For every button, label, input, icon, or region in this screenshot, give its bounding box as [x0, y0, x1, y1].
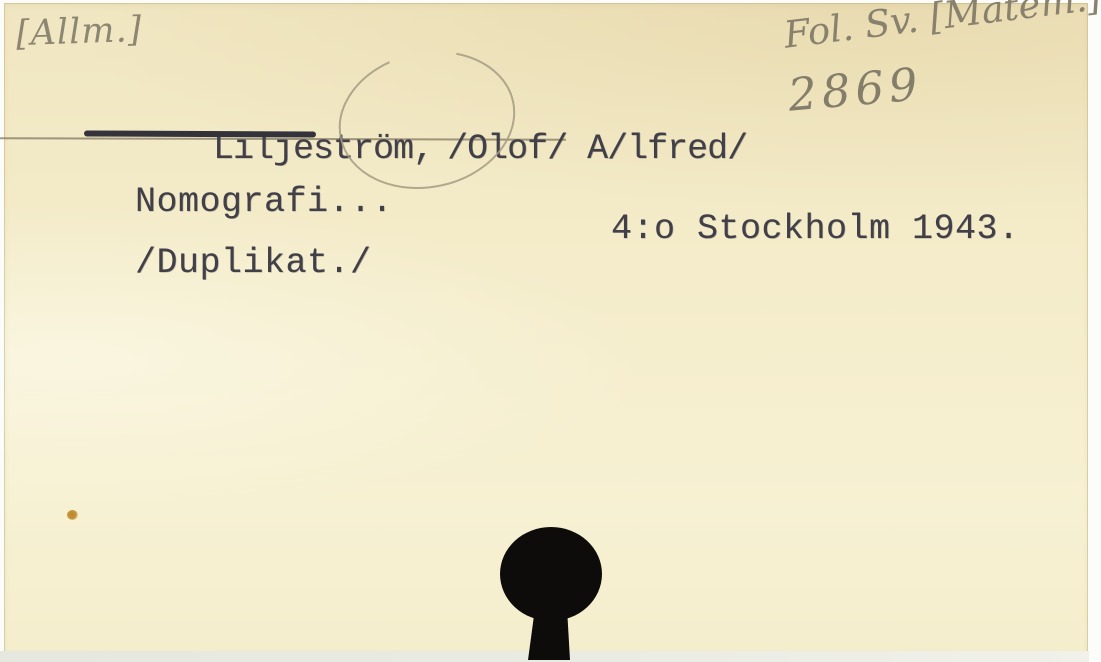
handwritten-accession-number: 2869: [786, 61, 924, 118]
catalog-card: [Allm.] Fol. Sv. [Matem.] 2869 Liljeströ…: [4, 3, 1088, 652]
imprint-line: 4:o Stockholm 1943.: [611, 212, 1020, 247]
heading-forenames: /Olof/ A/lfred/: [447, 129, 747, 169]
handwritten-shelf-mark: Fol. Sv. [Matem.]: [782, 0, 1101, 54]
stain-dot: [67, 510, 78, 520]
scanned-catalog-card: [Allm.] Fol. Sv. [Matem.] 2869 Liljeströ…: [0, 0, 1101, 662]
duplicate-note-line: /Duplikat./: [135, 246, 372, 281]
handwritten-note-allm: [Allm.]: [15, 13, 142, 52]
scan-bottom-edge: [0, 651, 1089, 662]
title-line: Nomografi...: [135, 185, 393, 220]
ink-underline: [84, 130, 316, 137]
